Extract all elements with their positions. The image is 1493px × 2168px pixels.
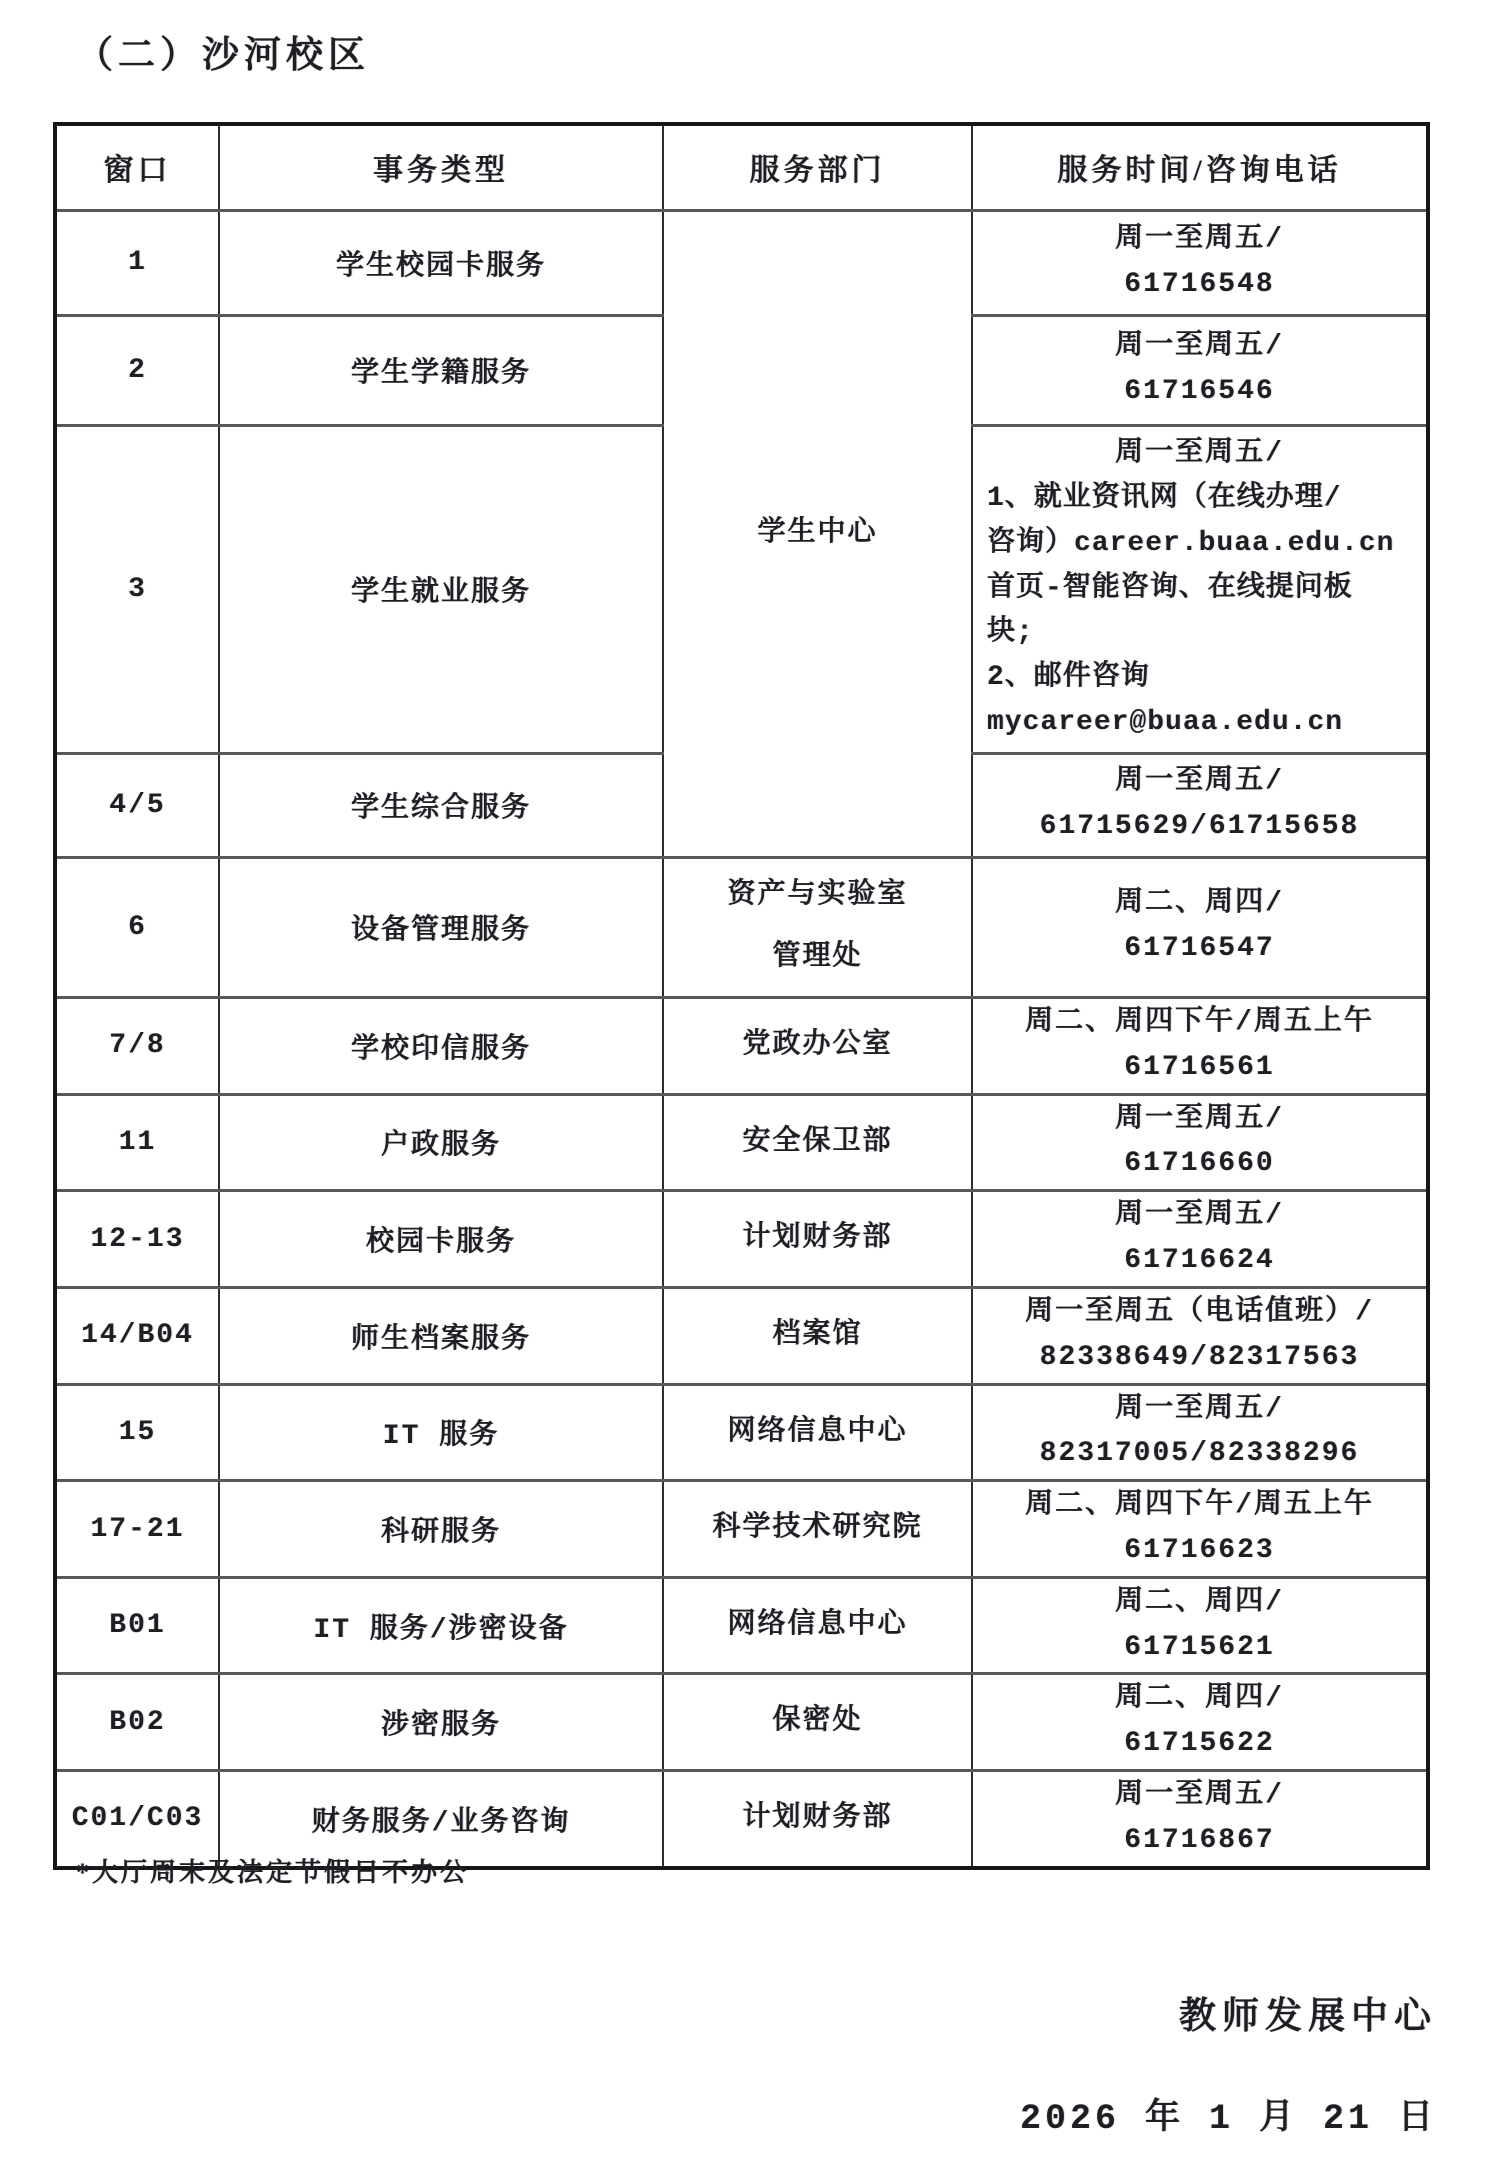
service-window-table: 窗口 事务类型 服务部门 服务时间/咨询电话 1 学生校园卡服务 学生中心 周一… <box>53 122 1430 1870</box>
window-cell: 6 <box>55 857 219 997</box>
service-hours: 周二、周四/ <box>979 882 1420 927</box>
type-cell: IT 服务/涉密设备 <box>219 1577 663 1674</box>
table-row: 17-21 科研服务 科学技术研究院 周二、周四下午/周五上午 61716623 <box>55 1481 1428 1578</box>
phone-number: 82338649/82317563 <box>979 1336 1420 1381</box>
time-cell: 周二、周四/ 61715621 <box>972 1577 1428 1674</box>
signature: 教师发展中心 <box>1020 1985 1437 2039</box>
type-cell: 师生档案服务 <box>219 1288 663 1385</box>
type-cell: 涉密服务 <box>219 1674 663 1771</box>
time-cell: 周一至周五/ 61716867 <box>972 1771 1428 1868</box>
time-cell: 周二、周四下午/周五上午 61716623 <box>972 1481 1428 1578</box>
table-row: 15 IT 服务 网络信息中心 周一至周五/ 82317005/82338296 <box>55 1384 1428 1481</box>
service-hours: 周一至周五/ <box>979 1774 1420 1819</box>
window-cell: B01 <box>55 1577 219 1674</box>
dept-cell: 保密处 <box>663 1674 972 1771</box>
time-cell: 周一至周五/ 61716624 <box>972 1191 1428 1288</box>
table-row: 1 学生校园卡服务 学生中心 周一至周五/ 61716548 <box>55 210 1428 315</box>
time-cell: 周一至周五/ 61716548 <box>972 210 1428 315</box>
col-header-type: 事务类型 <box>219 124 663 210</box>
phone-number: 61716547 <box>979 927 1420 972</box>
window-cell: 15 <box>55 1384 219 1481</box>
phone-number: 61716548 <box>979 263 1420 308</box>
type-cell: IT 服务 <box>219 1384 663 1481</box>
phone-number: 61716623 <box>979 1529 1420 1574</box>
phone-number: 61715622 <box>979 1722 1420 1767</box>
phone-number: 61716546 <box>979 370 1420 415</box>
service-hours: 周二、周四下午/周五上午 <box>979 1484 1420 1529</box>
phone-number: 61716624 <box>979 1239 1420 1284</box>
type-cell: 学生校园卡服务 <box>219 210 663 315</box>
time-cell: 周一至周五/ 61716546 <box>972 315 1428 425</box>
window-cell: 17-21 <box>55 1481 219 1578</box>
time-cell: 周一至周五（电话值班）/ 82338649/82317563 <box>972 1288 1428 1385</box>
phone-number: 61716561 <box>979 1046 1420 1091</box>
service-hours: 周一至周五/ <box>979 1098 1420 1143</box>
dept-cell: 科学技术研究院 <box>663 1481 972 1578</box>
table-row: 6 设备管理服务 资产与实验室 管理处 周二、周四/ 61716547 <box>55 857 1428 997</box>
phone-number: 61716660 <box>979 1142 1420 1187</box>
time-cell: 周一至周五/ 82317005/82338296 <box>972 1384 1428 1481</box>
type-cell: 学生综合服务 <box>219 753 663 857</box>
service-hours: 周一至周五/ <box>979 432 1420 477</box>
table-row: 7/8 学校印信服务 党政办公室 周二、周四下午/周五上午 61716561 <box>55 997 1428 1094</box>
dept-cell: 档案馆 <box>663 1288 972 1385</box>
phone-number: 61716867 <box>979 1819 1420 1864</box>
window-cell: 11 <box>55 1094 219 1191</box>
window-cell: B02 <box>55 1674 219 1771</box>
dept-cell: 计划财务部 <box>663 1771 972 1868</box>
date: 2026 年 1 月 21 日 <box>1020 2089 1437 2139</box>
table-row: 14/B04 师生档案服务 档案馆 周一至周五（电话值班）/ 82338649/… <box>55 1288 1428 1385</box>
document-footer: 教师发展中心 2026 年 1 月 21 日 <box>1020 1985 1437 2139</box>
time-cell: 周一至周五/ 1、就业资讯网（在线办理/ 咨询）career.buaa.edu.… <box>972 425 1428 753</box>
window-cell: 7/8 <box>55 997 219 1094</box>
dept-cell: 网络信息中心 <box>663 1384 972 1481</box>
col-header-window: 窗口 <box>55 124 219 210</box>
window-cell: 4/5 <box>55 753 219 857</box>
phone-number: 61715621 <box>979 1626 1420 1671</box>
footnote: *大厅周末及法定节假日不办公 <box>76 1852 469 1889</box>
type-cell: 学生学籍服务 <box>219 315 663 425</box>
time-cell: 周二、周四/ 61715622 <box>972 1674 1428 1771</box>
table-header-row: 窗口 事务类型 服务部门 服务时间/咨询电话 <box>55 124 1428 210</box>
contact-details: 1、就业资讯网（在线办理/ 咨询）career.buaa.edu.cn 首页-智… <box>979 477 1420 746</box>
window-cell: 1 <box>55 210 219 315</box>
service-hours: 周一至周五/ <box>979 218 1420 263</box>
window-cell: 12-13 <box>55 1191 219 1288</box>
dept-cell: 网络信息中心 <box>663 1577 972 1674</box>
col-header-time: 服务时间/咨询电话 <box>972 124 1428 210</box>
service-hours: 周一至周五/ <box>979 1388 1420 1433</box>
table-row: B02 涉密服务 保密处 周二、周四/ 61715622 <box>55 1674 1428 1771</box>
col-header-dept: 服务部门 <box>663 124 972 210</box>
service-hours: 周一至周五/ <box>979 760 1420 805</box>
type-cell: 设备管理服务 <box>219 857 663 997</box>
phone-number: 61715629/61715658 <box>979 805 1420 850</box>
service-hours: 周二、周四下午/周五上午 <box>979 1001 1420 1046</box>
table-row: 11 户政服务 安全保卫部 周一至周五/ 61716660 <box>55 1094 1428 1191</box>
table-row: B01 IT 服务/涉密设备 网络信息中心 周二、周四/ 61715621 <box>55 1577 1428 1674</box>
time-cell: 周二、周四/ 61716547 <box>972 857 1428 997</box>
service-hours: 周二、周四/ <box>979 1677 1420 1722</box>
type-cell: 学生就业服务 <box>219 425 663 753</box>
time-cell: 周一至周五/ 61715629/61715658 <box>972 753 1428 857</box>
type-cell: 科研服务 <box>219 1481 663 1578</box>
dept-cell: 安全保卫部 <box>663 1094 972 1191</box>
service-hours: 周一至周五/ <box>979 325 1420 370</box>
service-hours: 周二、周四/ <box>979 1581 1420 1626</box>
phone-number: 82317005/82338296 <box>979 1432 1420 1477</box>
dept-cell: 党政办公室 <box>663 997 972 1094</box>
type-cell: 校园卡服务 <box>219 1191 663 1288</box>
window-cell: 3 <box>55 425 219 753</box>
window-cell: 14/B04 <box>55 1288 219 1385</box>
service-hours: 周一至周五（电话值班）/ <box>979 1291 1420 1336</box>
dept-cell: 计划财务部 <box>663 1191 972 1288</box>
page-title: （二）沙河校区 <box>76 24 370 78</box>
time-cell: 周二、周四下午/周五上午 61716561 <box>972 997 1428 1094</box>
type-cell: 学校印信服务 <box>219 997 663 1094</box>
dept-cell: 资产与实验室 管理处 <box>663 857 972 997</box>
table-row: 12-13 校园卡服务 计划财务部 周一至周五/ 61716624 <box>55 1191 1428 1288</box>
service-hours: 周一至周五/ <box>979 1194 1420 1239</box>
window-cell: 2 <box>55 315 219 425</box>
dept-cell: 学生中心 <box>663 210 972 857</box>
time-cell: 周一至周五/ 61716660 <box>972 1094 1428 1191</box>
type-cell: 户政服务 <box>219 1094 663 1191</box>
